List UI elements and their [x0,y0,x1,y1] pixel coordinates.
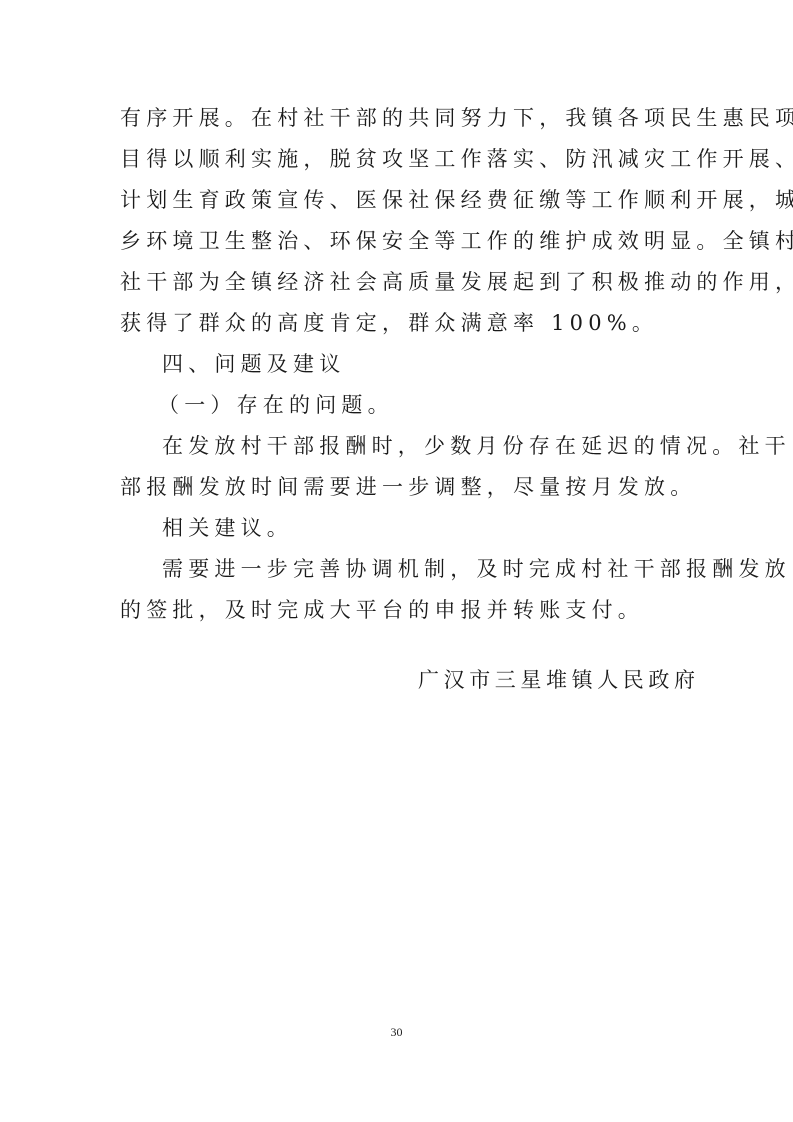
section-heading: 四、问题及建议 [162,350,722,378]
suggestion-heading: 相关建议。 [162,514,722,542]
paragraph-line: 有序开展。在村社干部的共同努力下，我镇各项民生惠民项 [120,104,680,132]
suggestion-text-line: 的签批，及时完成大平台的申报并转账支付。 [120,596,680,624]
paragraph-line: 计划生育政策宣传、医保社保经费征缴等工作顺利开展，城 [120,186,680,214]
suggestion-text-line: 需要进一步完善协调机制，及时完成村社干部报酬发放 [162,555,722,583]
problem-text-line: 部报酬发放时间需要进一步调整，尽量按月发放。 [120,473,680,501]
subsection-heading: （一）存在的问题。 [158,391,718,419]
page-number: 30 [0,1025,793,1040]
paragraph-line: 目得以顺利实施，脱贫攻坚工作落实、防汛减灾工作开展、 [120,145,680,173]
signature-organization: 广汉市三星堆镇人民政府 [418,666,700,694]
document-page: 有序开展。在村社干部的共同努力下，我镇各项民生惠民项 目得以顺利实施，脱贫攻坚工… [0,0,793,1122]
problem-text-line: 在发放村干部报酬时，少数月份存在延迟的情况。社干 [162,432,722,460]
paragraph-line: 乡环境卫生整治、环保安全等工作的维护成效明显。全镇村 [120,227,680,255]
paragraph-line: 获得了群众的高度肯定，群众满意率 100%。 [120,309,680,337]
paragraph-line: 社干部为全镇经济社会高质量发展起到了积极推动的作用， [120,268,680,296]
